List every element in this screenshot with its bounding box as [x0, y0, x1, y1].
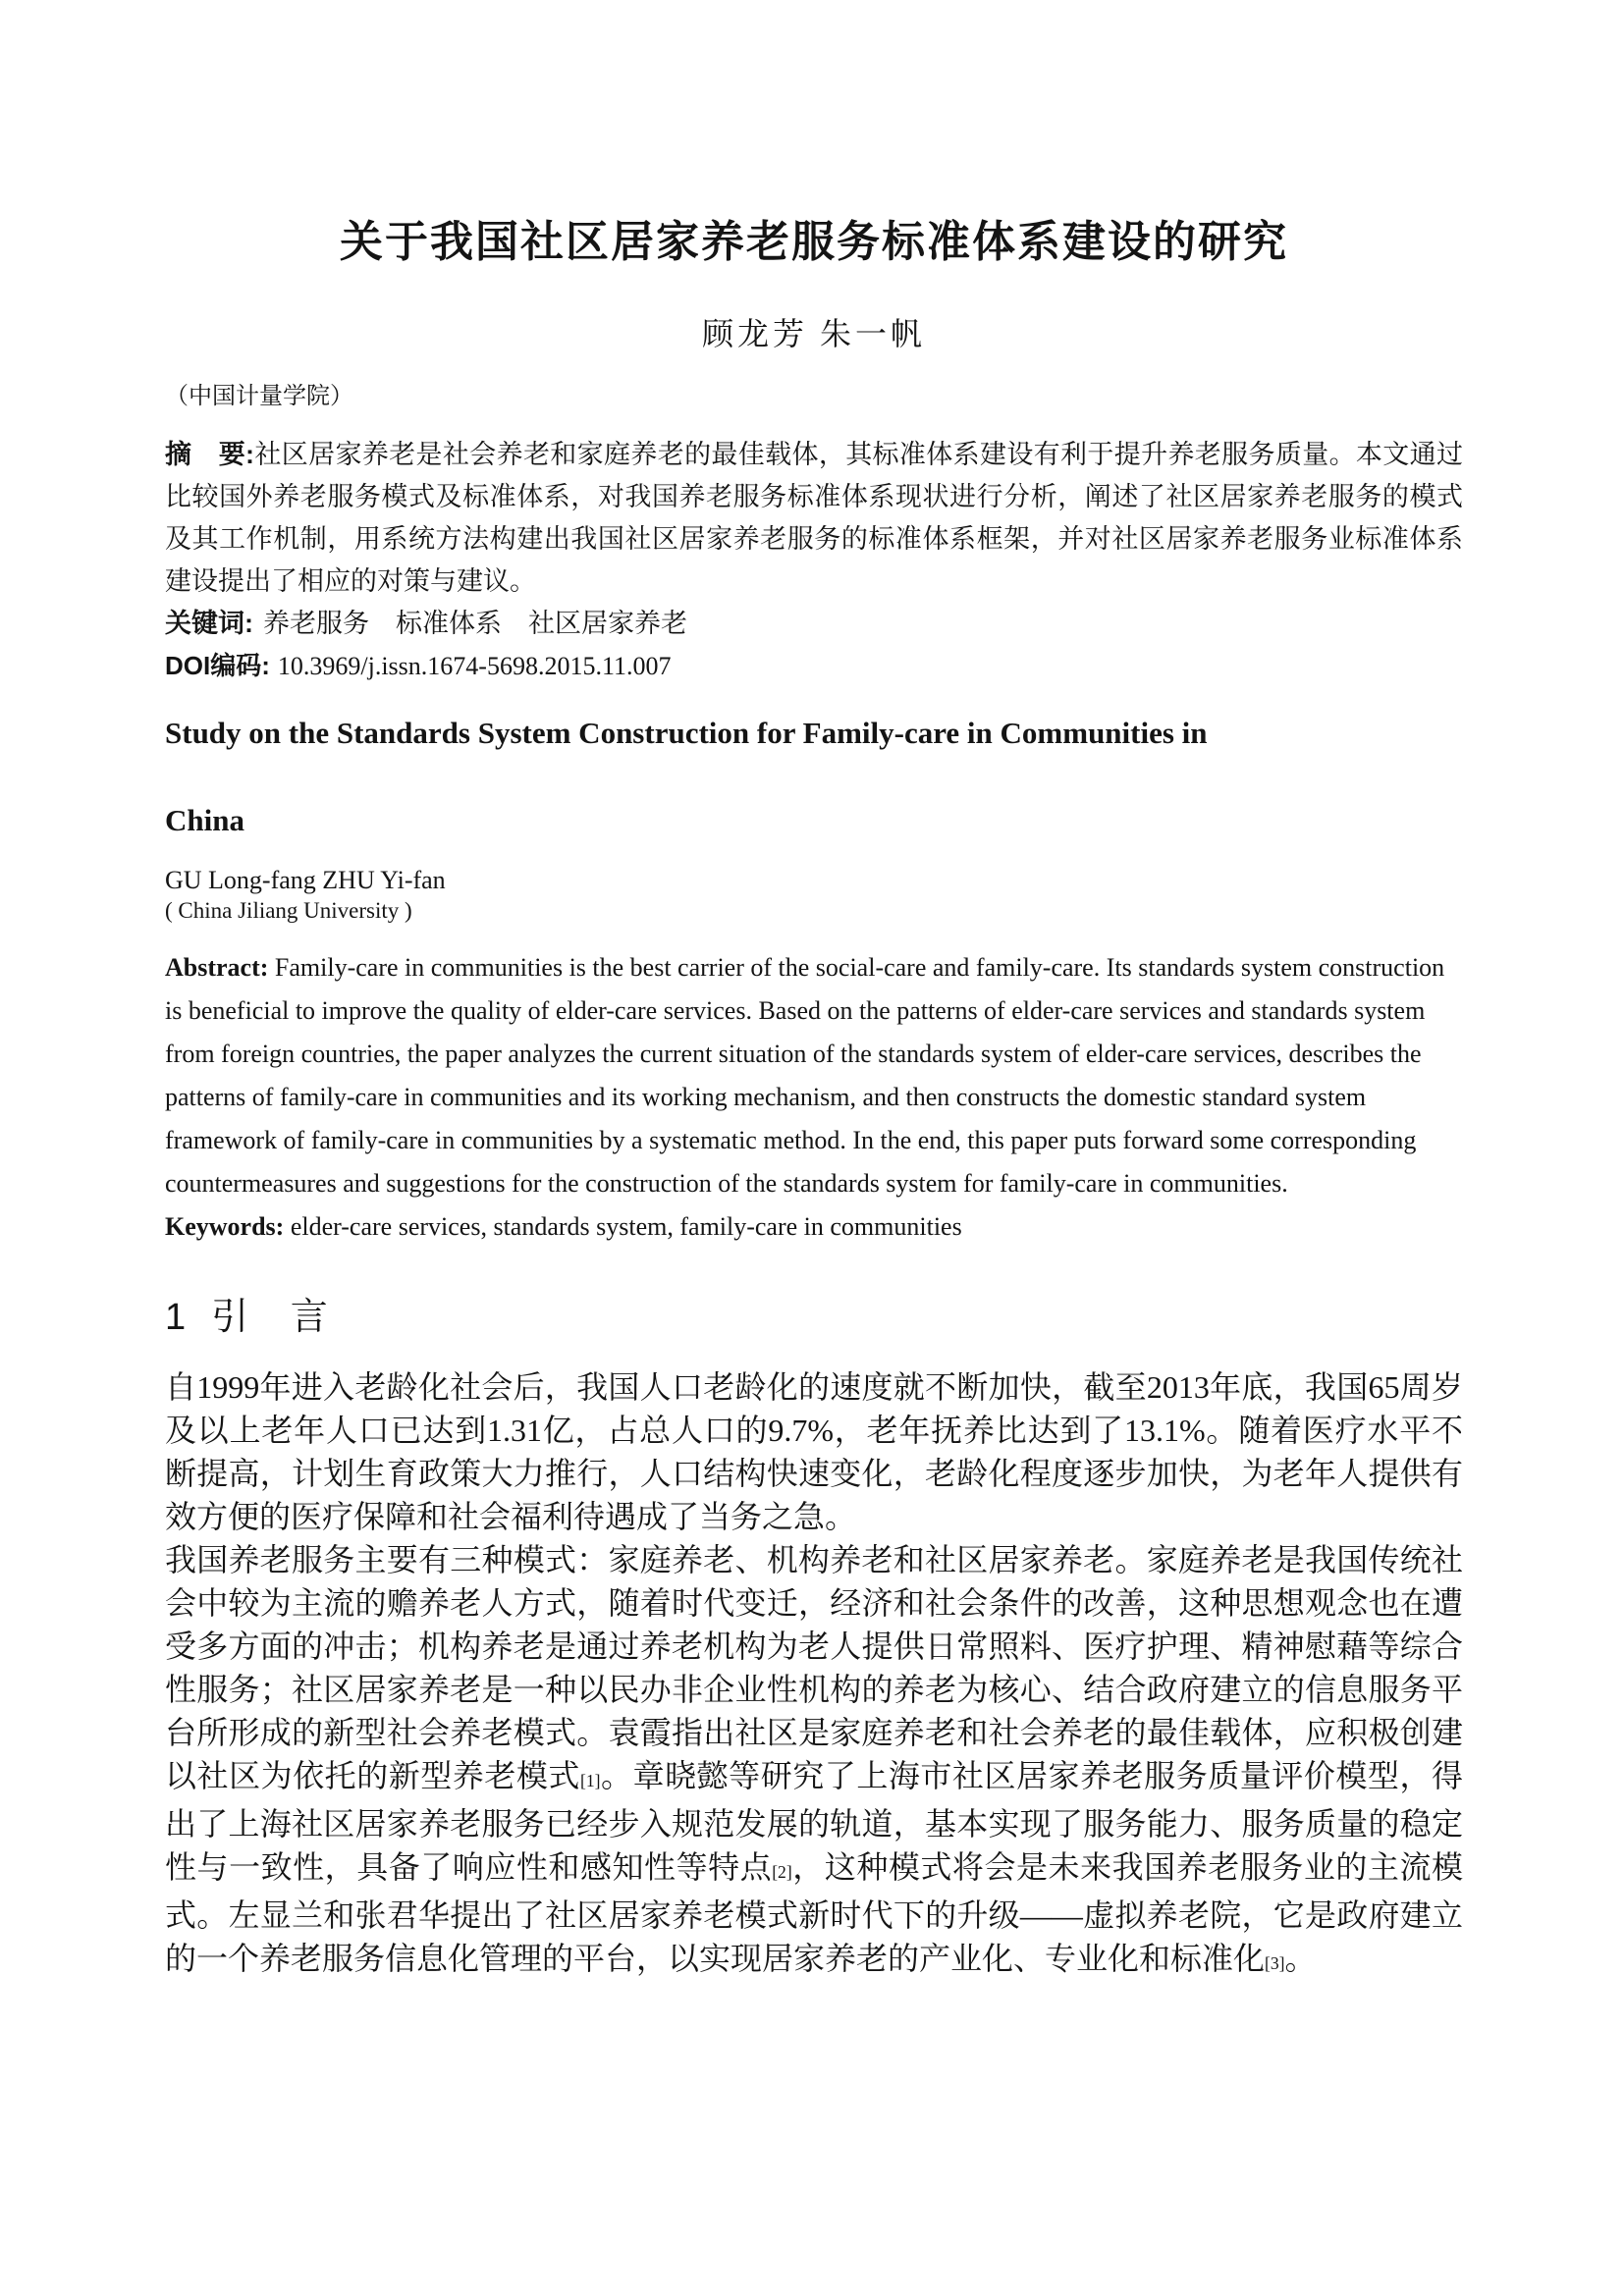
paper-title-chinese: 关于我国社区居家养老服务标准体系建设的研究 — [165, 218, 1463, 268]
abstract-label-chinese: 摘 要: — [165, 440, 254, 469]
citation-marker: [2] — [772, 1862, 792, 1882]
paragraph-1: 自1999年进入老龄化社会后，我国人口老龄化的速度就不断加快，截至2013年底，… — [165, 1365, 1463, 1538]
paper-title-english: Study on the Standards System Constructi… — [165, 689, 1463, 864]
keywords-label-english: Keywords: — [165, 1212, 284, 1241]
abstract-label-english: Abstract: — [165, 953, 268, 982]
abstract-text-english: Family-care in communities is the best c… — [165, 953, 1444, 1198]
page-content: 关于我国社区居家养老服务标准体系建设的研究 顾龙芳 朱一帆 （中国计量学院） 摘… — [0, 0, 1624, 1985]
abstract-text-chinese: 社区居家养老是社会养老和家庭养老的最佳载体，其标准体系建设有利于提升养老服务质量… — [165, 440, 1463, 596]
abstract-english: Abstract: Family-care in communities is … — [165, 946, 1463, 1205]
paragraph-2: 我国养老服务主要有三种模式：家庭养老、机构养老和社区居家养老。家庭养老是我国传统… — [165, 1538, 1463, 1985]
keywords-chinese: 关键词:养老服务 标准体系 社区居家养老 — [165, 603, 1463, 645]
doi-line: DOI编码:10.3969/j.issn.1674-5698.2015.11.0… — [165, 645, 1463, 687]
section-number: 1 — [165, 1297, 186, 1338]
paper-title-english-line2: China — [165, 803, 244, 837]
keywords-english: Keywords: elder-care services, standards… — [165, 1205, 1463, 1249]
citation-marker: [3] — [1265, 1953, 1285, 1973]
paper-title-english-line1: Study on the Standards System Constructi… — [165, 716, 1208, 750]
citation-marker: [1] — [580, 1771, 601, 1790]
paper-page: 关于我国社区居家养老服务标准体系建设的研究 顾龙芳 朱一帆 （中国计量学院） 摘… — [0, 0, 1624, 2296]
doi-label: DOI编码: — [165, 651, 270, 680]
authors-chinese: 顾龙芳 朱一帆 — [165, 309, 1463, 354]
doi-value: 10.3969/j.issn.1674-5698.2015.11.007 — [278, 652, 672, 680]
keywords-text-english: elder-care services, standards system, f… — [291, 1212, 962, 1241]
introduction-body: 自1999年进入老龄化社会后，我国人口老龄化的速度就不断加快，截至2013年底，… — [165, 1365, 1463, 1985]
authors-english: GU Long-fang ZHU Yi-fan — [165, 865, 1463, 896]
affiliation-chinese: （中国计量学院） — [165, 376, 1463, 410]
keywords-text-chinese: 养老服务 标准体系 社区居家养老 — [263, 609, 687, 638]
section-title: 引 言 — [211, 1297, 344, 1338]
section-heading-introduction: 1引 言 — [165, 1296, 1463, 1341]
keywords-label-chinese: 关键词: — [165, 609, 253, 638]
abstract-chinese: 摘 要:社区居家养老是社会养老和家庭养老的最佳载体，其标准体系建设有利于提升养老… — [165, 434, 1463, 603]
affiliation-english: ( China Jiliang University ) — [165, 896, 1463, 925]
